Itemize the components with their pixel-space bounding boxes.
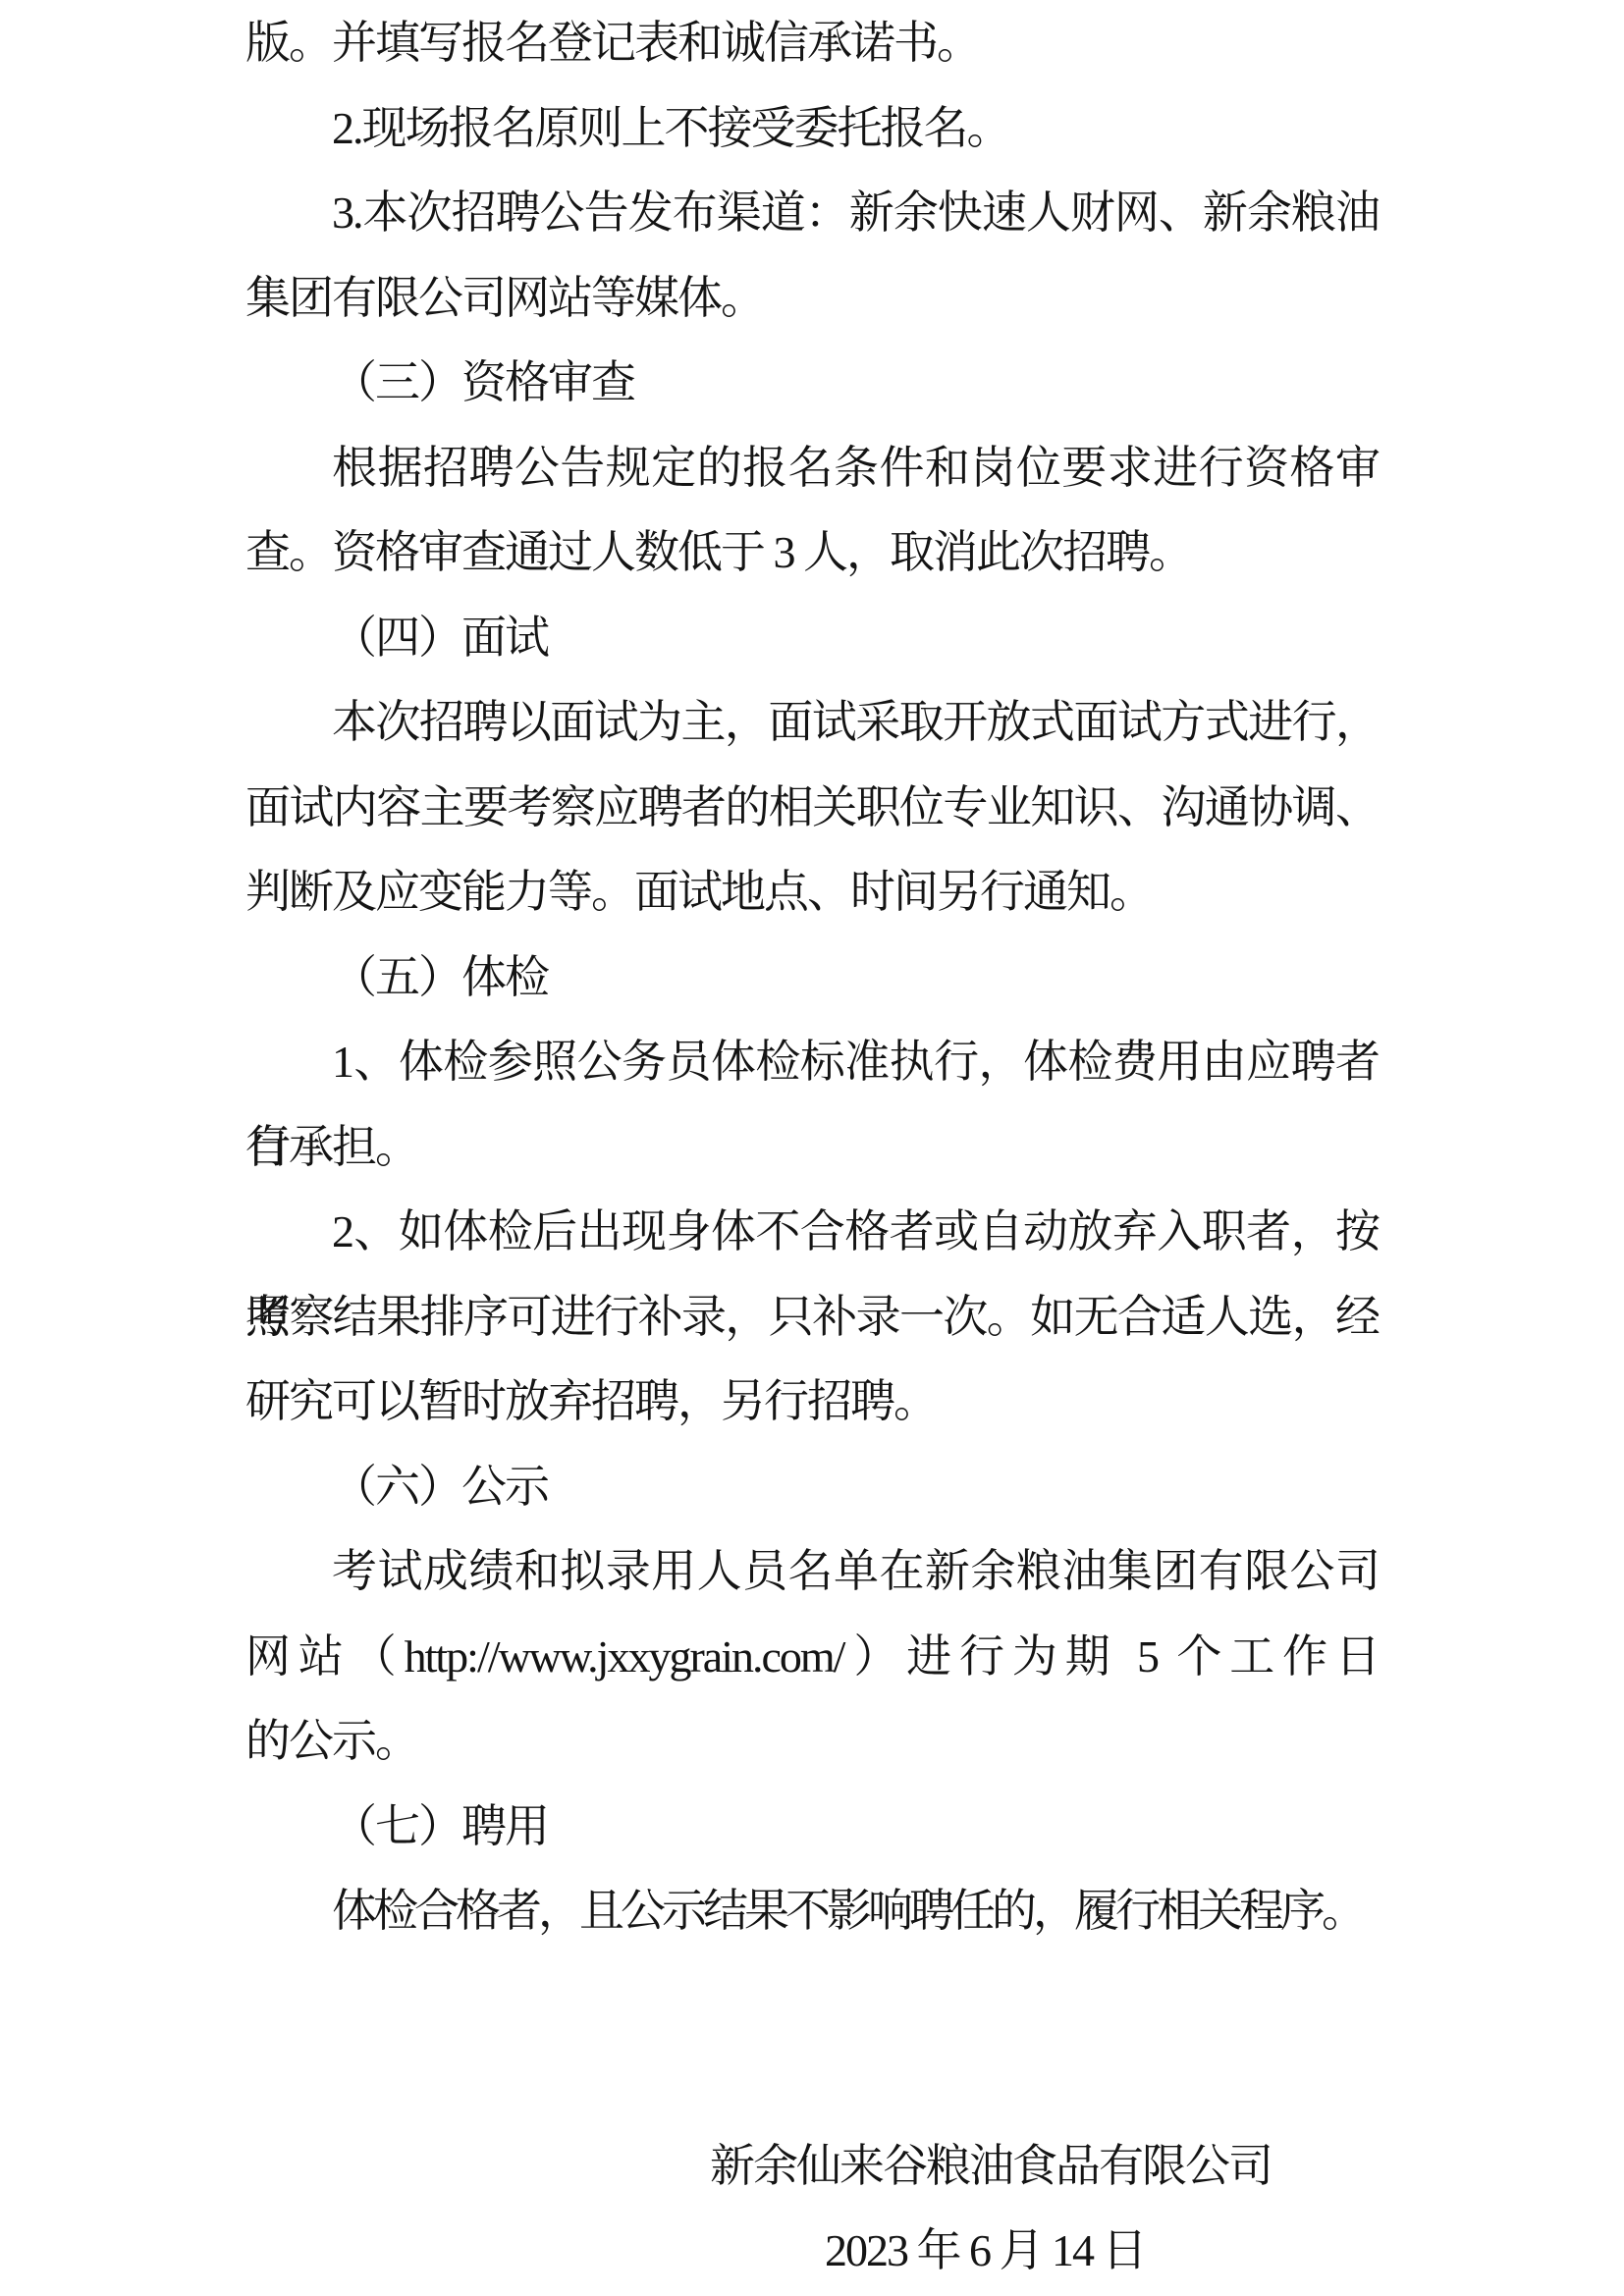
text-line: 面试内容主要考察应聘者的相关职位专业知识、沟通协调、	[245, 766, 1379, 851]
text-line: 根据招聘公告规定的报名条件和岗位要求进行资格审	[245, 426, 1379, 511]
signature-company: 新余仙来谷粮油食品有限公司	[245, 2124, 1379, 2210]
text-line: 考察结果排序可进行补录，只补录一次。如无合适人选，经	[245, 1275, 1379, 1361]
text-line: 2.现场报名原则上不接受委托报名。	[245, 86, 1379, 172]
signature-date: 2023 年 6 月 14 日	[245, 2209, 1379, 2294]
text-line: 查。资格审查通过人数低于 3 人，取消此次招聘。	[245, 510, 1379, 596]
text-line: 2、如体检后出现身体不合格者或自动放弃入职者，按照	[245, 1190, 1379, 1275]
text-line: 1、体检参照公务员体检标准执行，体检费用由应聘者自	[245, 1020, 1379, 1105]
text-line: 研究可以暂时放弃招聘，另行招聘。	[245, 1360, 1379, 1445]
text-line: 集团有限公司网站等媒体。	[245, 256, 1379, 342]
section-heading: （七）聘用	[245, 1785, 1379, 1870]
document-page: 版。并填写报名登记表和诚信承诺书。 2.现场报名原则上不接受委托报名。 3.本次…	[245, 1, 1379, 2294]
text-line: 判断及应变能力等。面试地点、时间另行通知。	[245, 850, 1379, 935]
section-heading: （四）面试	[245, 596, 1379, 681]
text-line: 行承担。	[245, 1105, 1379, 1191]
text-line: 的公示。	[245, 1699, 1379, 1785]
text-line: 体检合格者，且公示结果不影响聘任的，履行相关程序。	[245, 1869, 1379, 1954]
section-heading: （三）资格审查	[245, 341, 1379, 426]
text-line: 版。并填写报名登记表和诚信承诺书。	[245, 1, 1379, 86]
section-heading: （五）体检	[245, 935, 1379, 1021]
section-heading: （六）公示	[245, 1445, 1379, 1530]
text-line: 3.本次招聘公告发布渠道：新余快速人财网、新余粮油	[245, 171, 1379, 256]
text-line: 本次招聘以面试为主，面试采取开放式面试方式进行，	[245, 680, 1379, 766]
text-line: 网站（http://www.jxxygrain.com/）进行为期 5 个工作日	[245, 1615, 1379, 1700]
text-line: 考试成绩和拟录用人员名单在新余粮油集团有限公司	[245, 1529, 1379, 1615]
